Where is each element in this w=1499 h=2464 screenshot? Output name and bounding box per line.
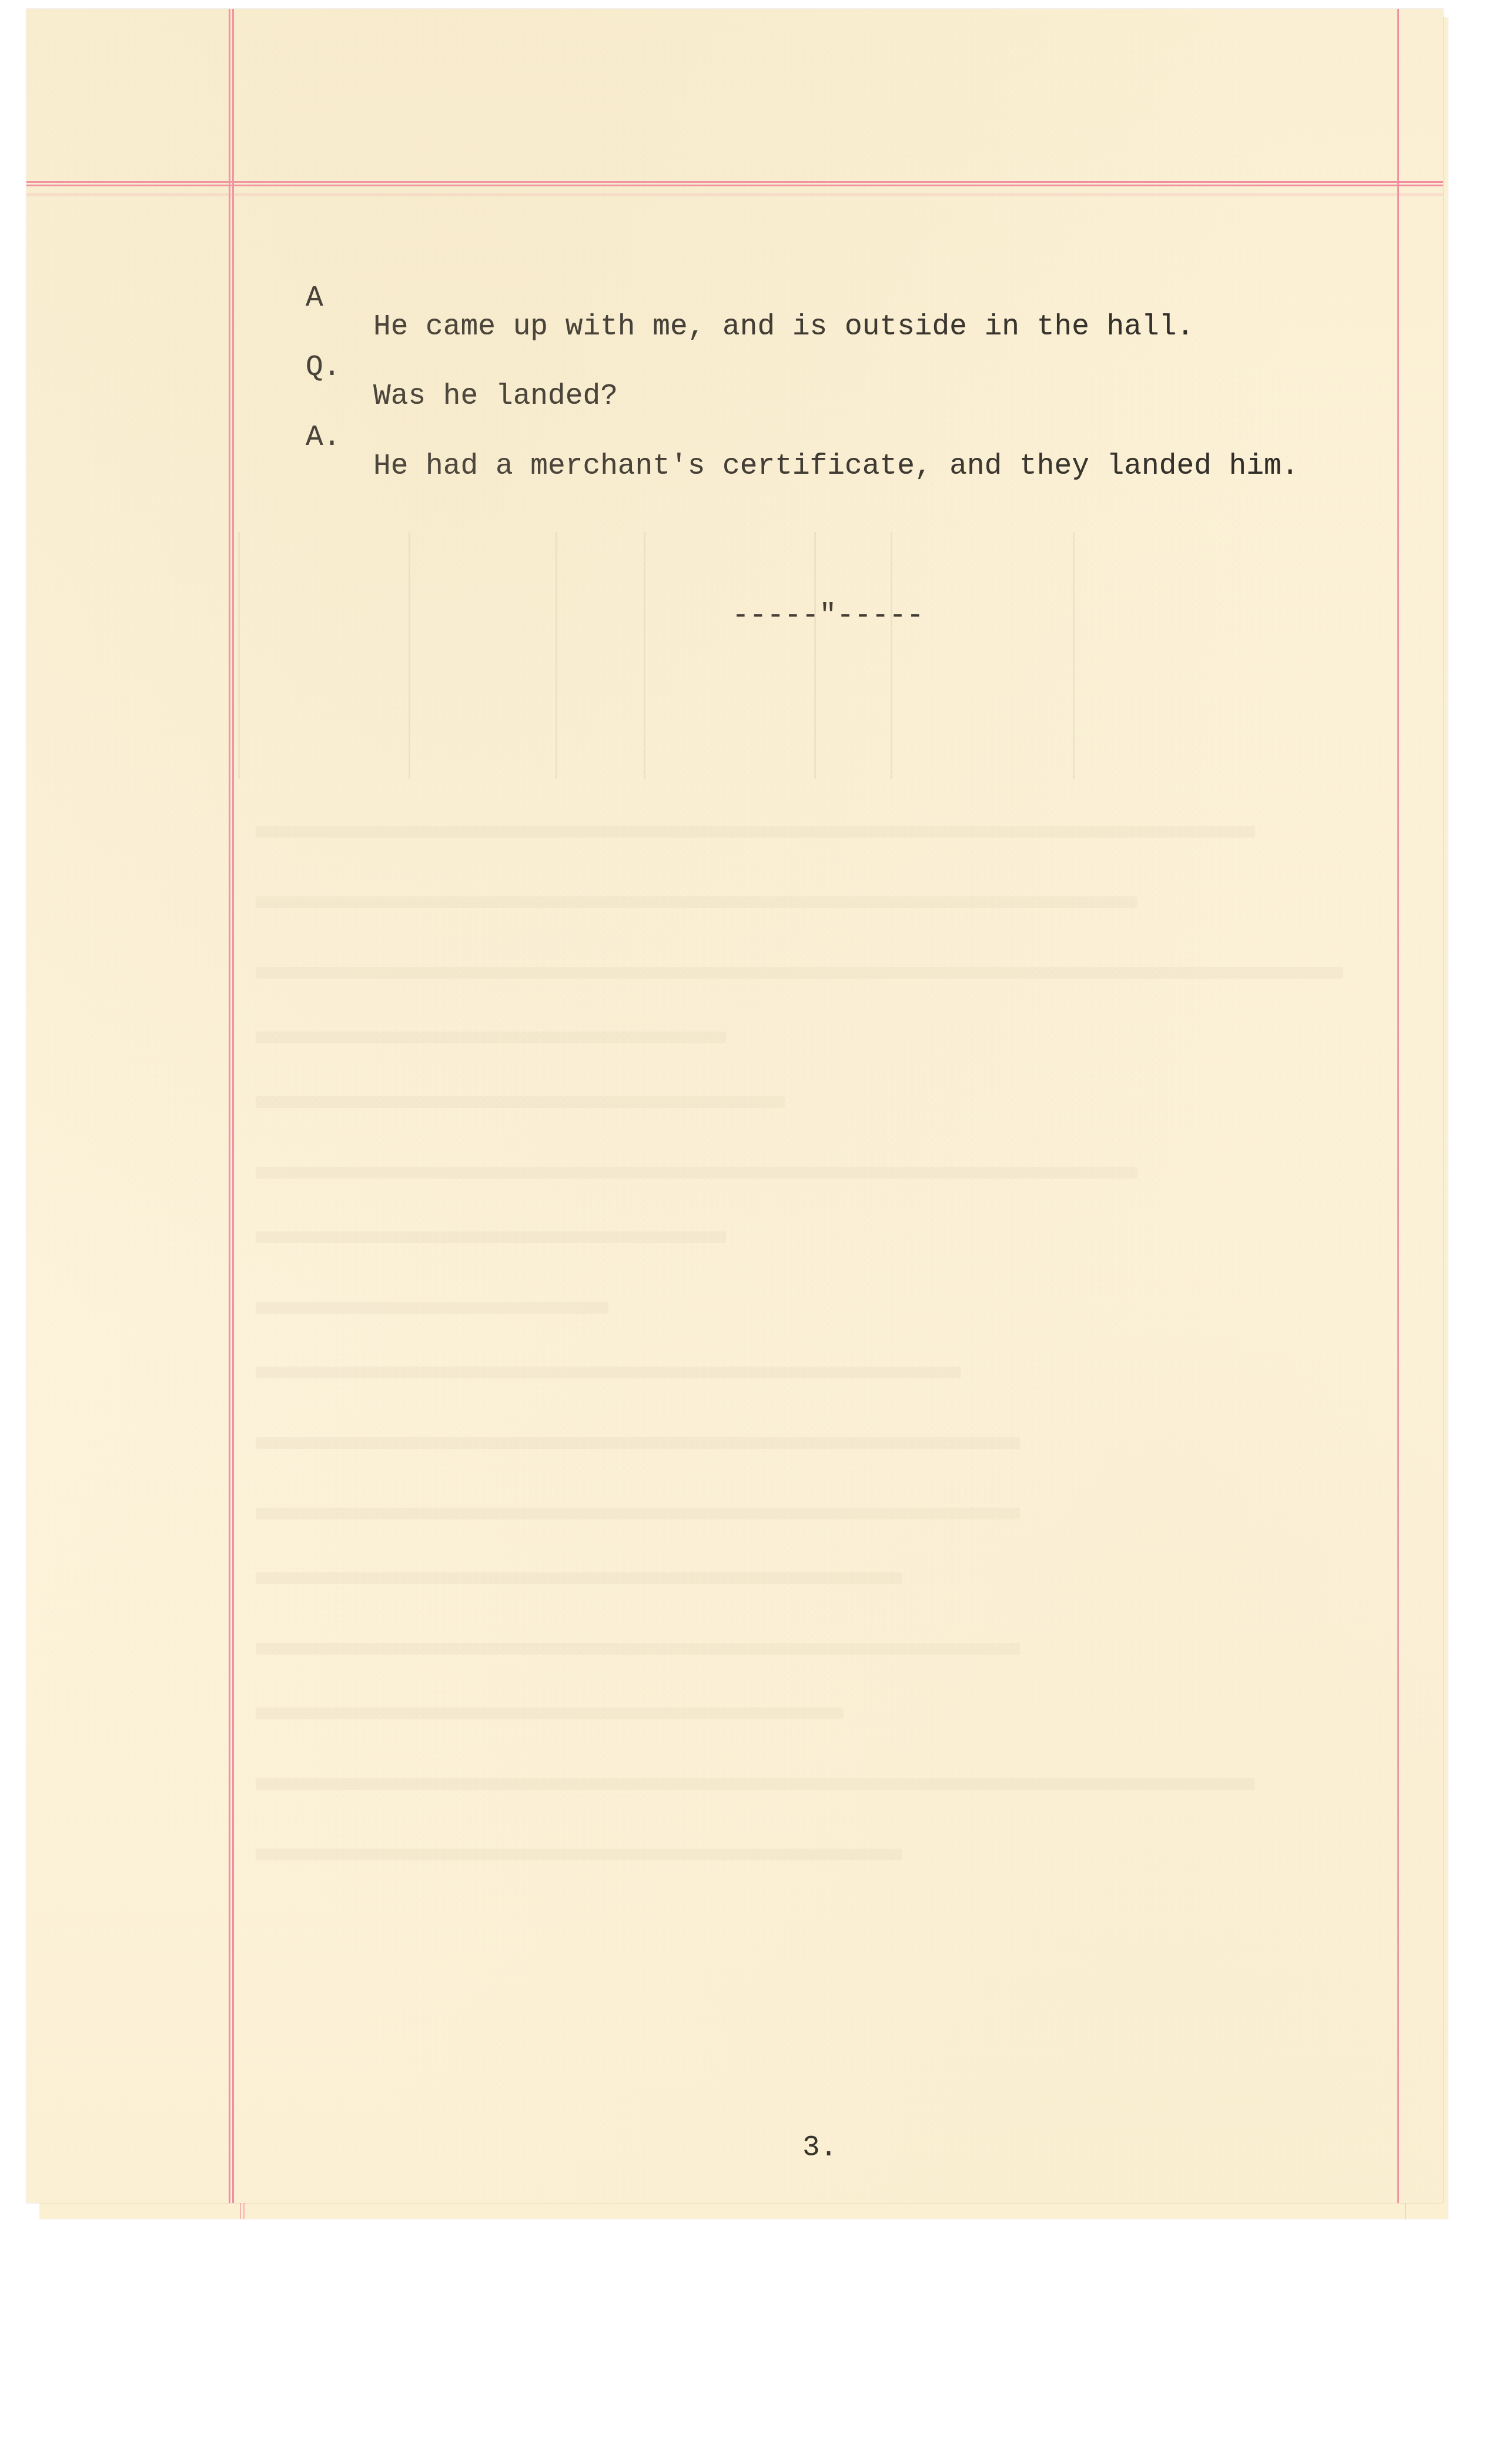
entry-label: A [306, 284, 323, 313]
entry-label: Q. [306, 353, 340, 383]
bleed-through-texture [232, 497, 1349, 2084]
top-margin-rule-shadow [26, 193, 1443, 196]
entry-label: A. [306, 423, 340, 453]
document-page: A He came up with me, and is outside in … [26, 9, 1443, 2203]
top-margin-rule [26, 181, 1443, 186]
transcript-entry-3: A. He had a merchant's certificate, and … [26, 394, 1443, 510]
entry-text: He had a merchant's certificate, and the… [373, 452, 1299, 481]
page-number: 3. [802, 2134, 837, 2163]
section-separator: -----"----- [732, 601, 924, 631]
